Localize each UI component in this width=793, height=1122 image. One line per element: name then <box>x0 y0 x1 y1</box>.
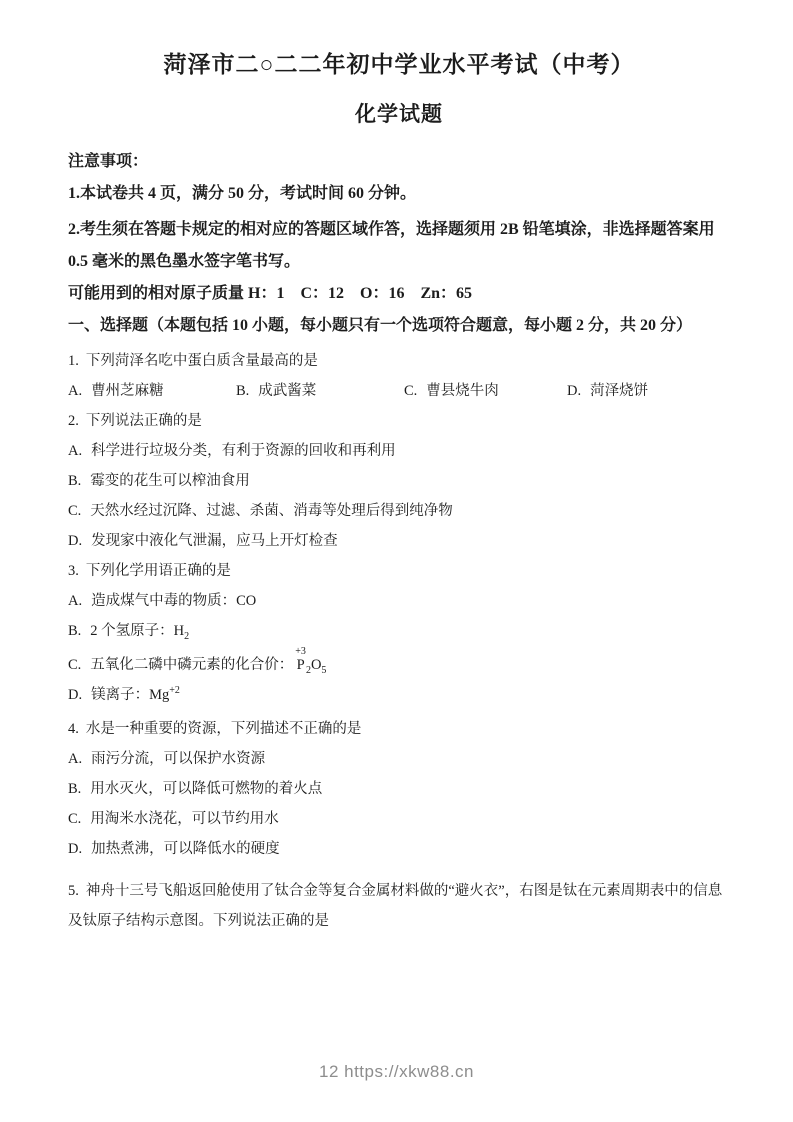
option-a-label: A. <box>68 751 82 767</box>
option-b-label: B. <box>68 623 81 639</box>
option-b-label: B. <box>68 473 81 489</box>
option-b-text: 用水灭火，可以降低可燃物的着火点 <box>90 781 322 797</box>
option-c-prefix: 五氧化二磷中磷元素的化合价： <box>90 657 293 673</box>
question-4-option-c: C.用淘米水浇花，可以节约用水 <box>68 804 730 834</box>
option-d-label: D. <box>68 687 82 703</box>
option-d-text: 发现家中液化气泄漏，应马上开灯检查 <box>91 533 338 549</box>
phosphorus-pentoxide-formula: +3P2O5 <box>293 646 326 680</box>
question-3-stem: 3.下列化学用语正确的是 <box>68 556 730 586</box>
question-2-text: 下列说法正确的是 <box>86 413 202 429</box>
question-5-number: 5. <box>68 883 79 899</box>
question-4-number: 4. <box>68 721 79 737</box>
option-c-label: C. <box>404 383 417 399</box>
question-1-number: 1. <box>68 353 79 369</box>
question-2-option-b: B.霉变的花生可以榨油食用 <box>68 466 730 496</box>
valence-stack: +3P <box>295 646 306 673</box>
question-1-option-b: B.成武酱菜 <box>236 376 404 406</box>
option-a-text: 曹州芝麻糖 <box>91 383 164 399</box>
formula-subscript: 5 <box>321 665 326 676</box>
question-3-option-b: B.2 个氢原子：H2 <box>68 616 730 646</box>
question-1-option-d: D.菏泽烧饼 <box>567 376 648 406</box>
option-d-label: D. <box>68 841 82 857</box>
question-2-number: 2. <box>68 413 79 429</box>
question-3-option-d: D.镁离子：Mg+2 <box>68 680 730 710</box>
option-d-prefix: 镁离子： <box>91 687 149 703</box>
option-b-prefix: 2 个氢原子： <box>90 623 173 639</box>
option-d-label: D. <box>567 383 581 399</box>
option-a-label: A. <box>68 383 82 399</box>
option-c-label: C. <box>68 657 81 673</box>
element-symbol: Mg <box>149 687 169 703</box>
question-4-option-d: D.加热煮沸，可以降低水的硬度 <box>68 834 730 864</box>
question-5-text-line1: 神舟十三号飞船返回舱使用了钛合金等复合金属材料做的“避火衣”，右图是钛在元素周期… <box>86 883 722 899</box>
notice-item-2-line1: 2.考生须在答题卡规定的相对应的答题区域作答，选择题须用 2B 铅笔填涂，非选择… <box>68 214 730 246</box>
page-footer: 12 https://xkw88.cn <box>0 1062 793 1082</box>
element-symbol: P <box>295 657 306 673</box>
question-3-text: 下列化学用语正确的是 <box>86 563 231 579</box>
hydrogen-formula: H2 <box>174 623 189 639</box>
question-1-text: 下列菏泽名吃中蛋白质含量最高的是 <box>86 353 318 369</box>
option-b-label: B. <box>236 383 249 399</box>
question-3-option-a: A.造成煤气中毒的物质：CO <box>68 586 730 616</box>
question-5-stem-line1: 5.神舟十三号飞船返回舱使用了钛合金等复合金属材料做的“避火衣”，右图是钛在元素… <box>68 876 730 906</box>
option-b-text: 霉变的花生可以榨油食用 <box>90 473 250 489</box>
question-4-option-a: A.雨污分流，可以保护水资源 <box>68 744 730 774</box>
question-3-number: 3. <box>68 563 79 579</box>
question-1-option-a: A.曹州芝麻糖 <box>68 376 236 406</box>
question-1-options: A.曹州芝麻糖 B.成武酱菜 C.曹县烧牛肉 D.菏泽烧饼 <box>68 376 730 406</box>
option-d-text: 菏泽烧饼 <box>590 383 648 399</box>
element-symbol: O <box>311 657 321 673</box>
element-symbol: H <box>174 623 184 639</box>
notice-section: 注意事项： 1.本试卷共 4 页，满分 50 分，考试时间 60 分钟。 2.考… <box>68 146 730 342</box>
magnesium-ion-formula: Mg+2 <box>149 687 180 703</box>
option-a-text: 造成煤气中毒的物质：CO <box>91 593 256 609</box>
question-1-option-c: C.曹县烧牛肉 <box>404 376 567 406</box>
question-2-option-a: A.科学进行垃圾分类，有利于资源的回收和再利用 <box>68 436 730 466</box>
page-title: 菏泽市二○二二年初中学业水平考试（中考） <box>68 50 730 80</box>
exam-content: 菏泽市二○二二年初中学业水平考试（中考） 化学试题 注意事项： 1.本试卷共 4… <box>68 50 730 936</box>
question-4-stem: 4.水是一种重要的资源，下列描述不正确的是 <box>68 714 730 744</box>
option-c-text: 曹县烧牛肉 <box>426 383 499 399</box>
notice-item-2-line2: 0.5 毫米的黑色墨水签字笔书写。 <box>68 246 730 278</box>
option-b-label: B. <box>68 781 81 797</box>
option-b-text: 成武酱菜 <box>258 383 316 399</box>
atomic-mass-note: 可能用到的相对原子质量 H：1 C：12 O：16 Zn：65 <box>68 278 730 310</box>
formula-subscript: 2 <box>184 631 189 642</box>
question-1-stem: 1.下列菏泽名吃中蛋白质含量最高的是 <box>68 346 730 376</box>
option-c-label: C. <box>68 811 81 827</box>
option-c-text: 用淘米水浇花，可以节约用水 <box>90 811 279 827</box>
page-subtitle: 化学试题 <box>68 100 730 128</box>
option-a-text: 科学进行垃圾分类，有利于资源的回收和再利用 <box>91 443 396 459</box>
question-list: 1.下列菏泽名吃中蛋白质含量最高的是 A.曹州芝麻糖 B.成武酱菜 C.曹县烧牛… <box>68 346 730 936</box>
formula-superscript: +2 <box>169 685 180 696</box>
notice-item-1: 1.本试卷共 4 页，满分 50 分，考试时间 60 分钟。 <box>68 178 730 210</box>
option-a-text: 雨污分流，可以保护水资源 <box>91 751 265 767</box>
exam-paper-page: 菏泽市二○二二年初中学业水平考试（中考） 化学试题 注意事项： 1.本试卷共 4… <box>0 0 793 1122</box>
notice-heading: 注意事项： <box>68 146 730 178</box>
question-4-option-b: B.用水灭火，可以降低可燃物的着火点 <box>68 774 730 804</box>
question-4-text: 水是一种重要的资源，下列描述不正确的是 <box>86 721 362 737</box>
question-3-option-c: C.五氧化二磷中磷元素的化合价：+3P2O5 <box>68 646 730 680</box>
question-2-option-c: C.天然水经过沉降、过滤、杀菌、消毒等处理后得到纯净物 <box>68 496 730 526</box>
question-2-stem: 2.下列说法正确的是 <box>68 406 730 436</box>
option-d-text: 加热煮沸，可以降低水的硬度 <box>91 841 280 857</box>
option-a-label: A. <box>68 593 82 609</box>
question-2-option-d: D.发现家中液化气泄漏，应马上开灯检查 <box>68 526 730 556</box>
option-c-text: 天然水经过沉降、过滤、杀菌、消毒等处理后得到纯净物 <box>90 503 453 519</box>
option-d-label: D. <box>68 533 82 549</box>
valence-label: +3 <box>295 646 306 657</box>
option-c-label: C. <box>68 503 81 519</box>
section-heading: 一、选择题（本题包括 10 小题，每小题只有一个选项符合题意，每小题 2 分，共… <box>68 310 730 342</box>
question-5-stem-line2: 及钛原子结构示意图。下列说法正确的是 <box>68 906 730 936</box>
option-a-label: A. <box>68 443 82 459</box>
